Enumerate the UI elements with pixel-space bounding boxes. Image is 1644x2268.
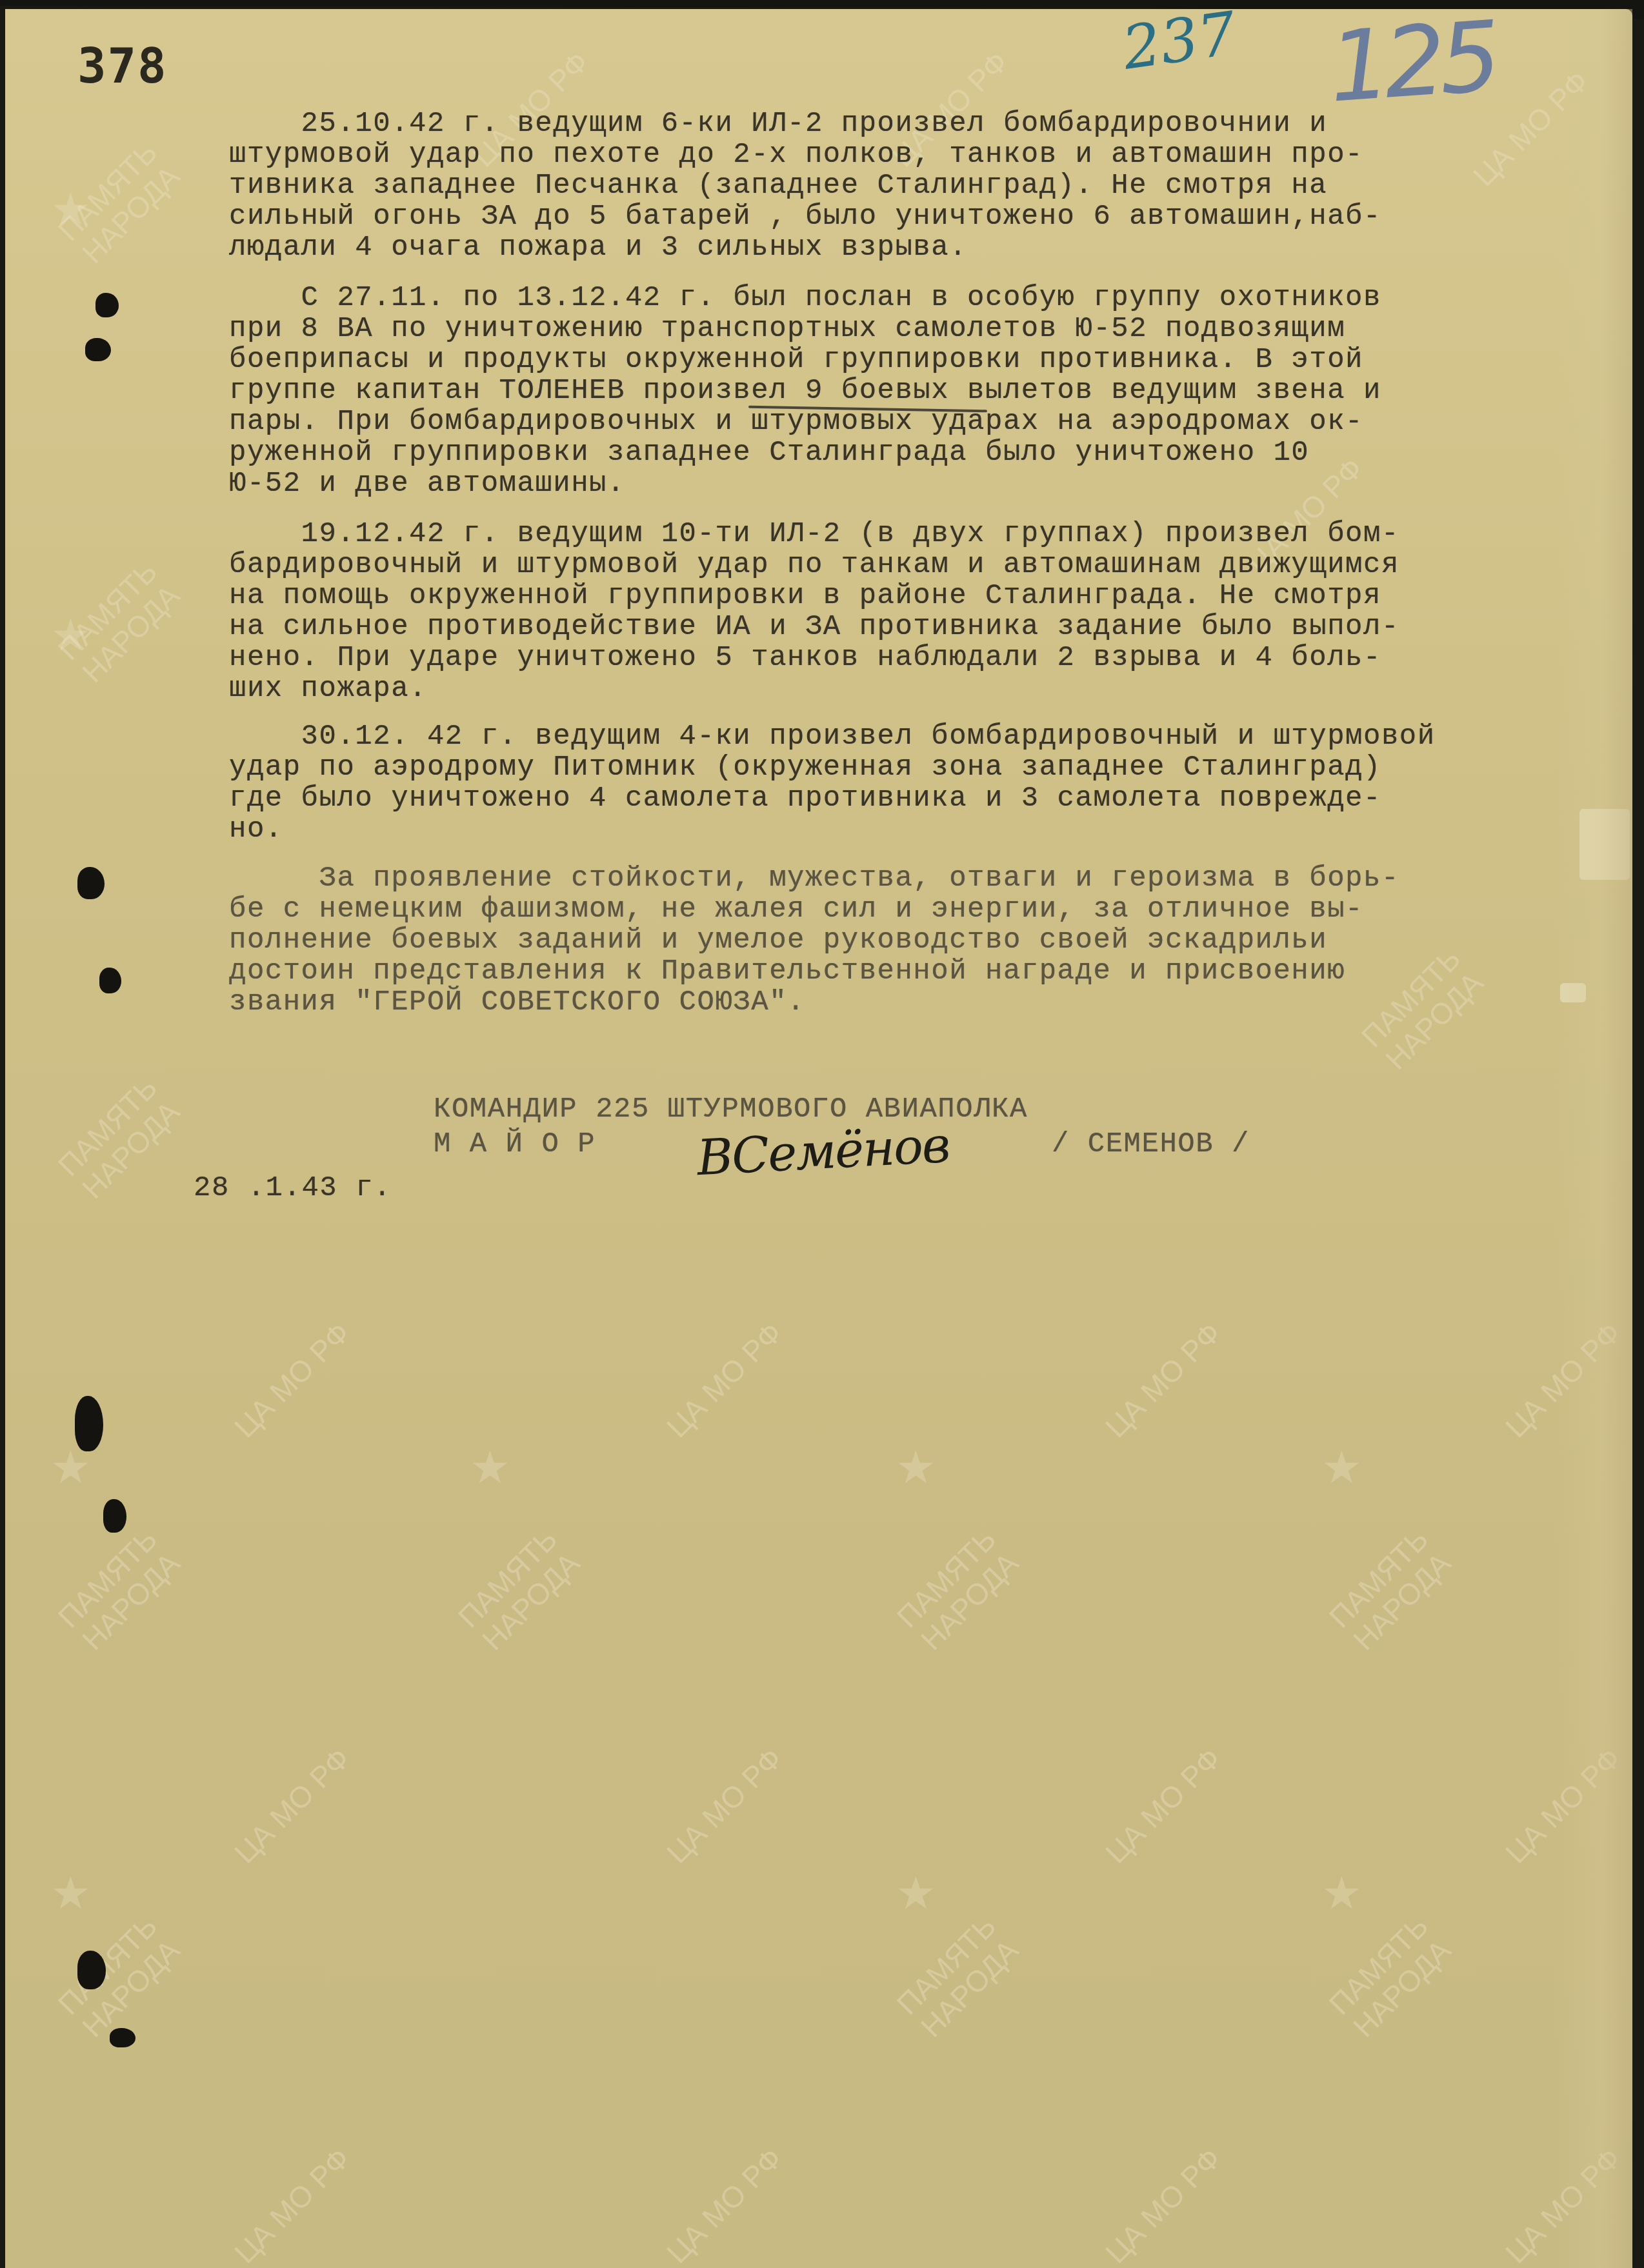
watermark-camo: ЦА МО РФ: [661, 1316, 788, 1444]
watermark-camo: ЦА МО РФ: [1099, 2142, 1227, 2268]
text-line: руженной группировки западнее Сталинград…: [229, 439, 1309, 467]
punch-hole: [110, 2028, 135, 2047]
watermark-pamyat-naroda: ПАМЯТЬ НАРОДА: [52, 1522, 186, 1656]
text-line: штурмовой удар по пехоте до 2-х полков, …: [229, 141, 1363, 169]
star-watermark-icon: ★: [50, 609, 91, 662]
star-watermark-icon: ★: [896, 1867, 936, 1920]
star-watermark-icon: ★: [470, 1441, 510, 1494]
punch-hole: [99, 968, 121, 993]
watermark-camo: ЦА МО РФ: [1499, 1742, 1627, 1869]
watermark-camo: ЦА МО РФ: [1499, 1316, 1627, 1444]
star-watermark-icon: ★: [896, 1441, 936, 1494]
pencil-number: 125: [1325, 1, 1498, 124]
watermark-camo: ЦА МО РФ: [228, 1742, 356, 1869]
document-date: 28 .1.43 г.: [194, 1174, 392, 1202]
punch-hole: [77, 867, 105, 899]
text-line: 19.12.42 г. ведущим 10-ти ИЛ-2 (в двух г…: [229, 520, 1399, 548]
punch-hole: [103, 1499, 126, 1533]
paper-tear: [1579, 809, 1630, 880]
punch-hole: [95, 293, 119, 317]
text-line: звания "ГЕРОЙ СОВЕТСКОГО СОЮЗА".: [229, 988, 805, 1017]
text-line: но.: [229, 815, 283, 844]
text-line: бе с немецким фашизмом, не жалея сил и э…: [229, 895, 1363, 924]
text-line: при 8 ВА по уничтожению транспортных сам…: [229, 315, 1345, 343]
punch-hole: [77, 1951, 106, 1989]
watermark-pamyat-naroda: ПАМЯТЬ НАРОДА: [1356, 942, 1490, 1076]
watermark-camo: ЦА МО РФ: [228, 2142, 356, 2268]
signatory-name: / СЕМЕНОВ /: [1052, 1130, 1250, 1159]
rank: М А Й О Р: [434, 1130, 596, 1159]
watermark-pamyat-naroda: ПАМЯТЬ НАРОДА: [52, 1909, 186, 2044]
text-line: боеприпасы и продукты окруженной группир…: [229, 346, 1363, 374]
text-line: на сильное противодействие ИА и ЗА проти…: [229, 613, 1399, 641]
star-watermark-icon: ★: [1321, 1441, 1362, 1494]
punch-hole: [75, 1396, 103, 1451]
text-line: Ю-52 и две автомашины.: [229, 470, 625, 498]
watermark-camo: ЦА МО РФ: [1099, 1316, 1227, 1444]
punch-hole: [85, 338, 111, 361]
watermark-pamyat-naroda: ПАМЯТЬ НАРОДА: [891, 1909, 1025, 2044]
text-line: нено. При ударе уничтожено 5 танков набл…: [229, 644, 1381, 672]
star-watermark-icon: ★: [50, 183, 91, 236]
text-line: С 27.11. по 13.12.42 г. был послан в осо…: [229, 284, 1381, 312]
text-line: тивника западнее Песчанка (западнее Стал…: [229, 172, 1327, 200]
text-line: бардировочный и штурмовой удар по танкам…: [229, 551, 1399, 579]
text-line: полнение боевых заданий и умелое руковод…: [229, 926, 1327, 955]
watermark-pamyat-naroda: ПАМЯТЬ НАРОДА: [52, 1071, 186, 1205]
page-number-stamp: 378: [77, 39, 168, 94]
paper-tear: [1560, 983, 1586, 1002]
watermark-camo: ЦА МО РФ: [228, 1316, 356, 1444]
text-line: группе капитан ТОЛЕНЕВ произвел 9 боевых…: [229, 377, 1381, 405]
watermark-pamyat-naroda: ПАМЯТЬ НАРОДА: [452, 1522, 586, 1656]
watermark-pamyat-naroda: ПАМЯТЬ НАРОДА: [891, 1522, 1025, 1656]
text-line: достоин представления к Правительственно…: [229, 957, 1345, 986]
text-line: ших пожара.: [229, 675, 427, 703]
text-line: пары. При бомбардировочных и штурмовых у…: [229, 408, 1363, 436]
watermark-camo: ЦА МО РФ: [661, 2142, 788, 2268]
watermark-camo: ЦА МО РФ: [1099, 1742, 1227, 1869]
star-watermark-icon: ★: [1321, 1867, 1362, 1920]
text-line: 30.12. 42 г. ведущим 4-ки произвел бомба…: [229, 722, 1436, 751]
star-watermark-icon: ★: [50, 1867, 91, 1920]
text-line: где было уничтожено 4 самолета противник…: [229, 784, 1381, 813]
watermark-camo: ЦА МО РФ: [661, 1742, 788, 1869]
watermark-pamyat-naroda: ПАМЯТЬ НАРОДА: [1323, 1522, 1458, 1656]
watermark-camo: ЦА МО РФ: [1499, 2142, 1627, 2268]
text-line: За проявление стойкости, мужества, отваг…: [229, 864, 1399, 893]
text-line: сильный огонь ЗА до 5 батарей , было уни…: [229, 203, 1381, 231]
text-line: удар по аэродрому Питомник (окруженная з…: [229, 753, 1381, 782]
watermark-pamyat-naroda: ПАМЯТЬ НАРОДА: [1323, 1909, 1458, 2044]
text-line: на помощь окруженной группировки в район…: [229, 582, 1381, 610]
text-line: 25.10.42 г. ведущим 6-ки ИЛ-2 произвел б…: [229, 110, 1327, 138]
text-line: людали 4 очага пожара и 3 сильных взрыва…: [229, 234, 967, 262]
